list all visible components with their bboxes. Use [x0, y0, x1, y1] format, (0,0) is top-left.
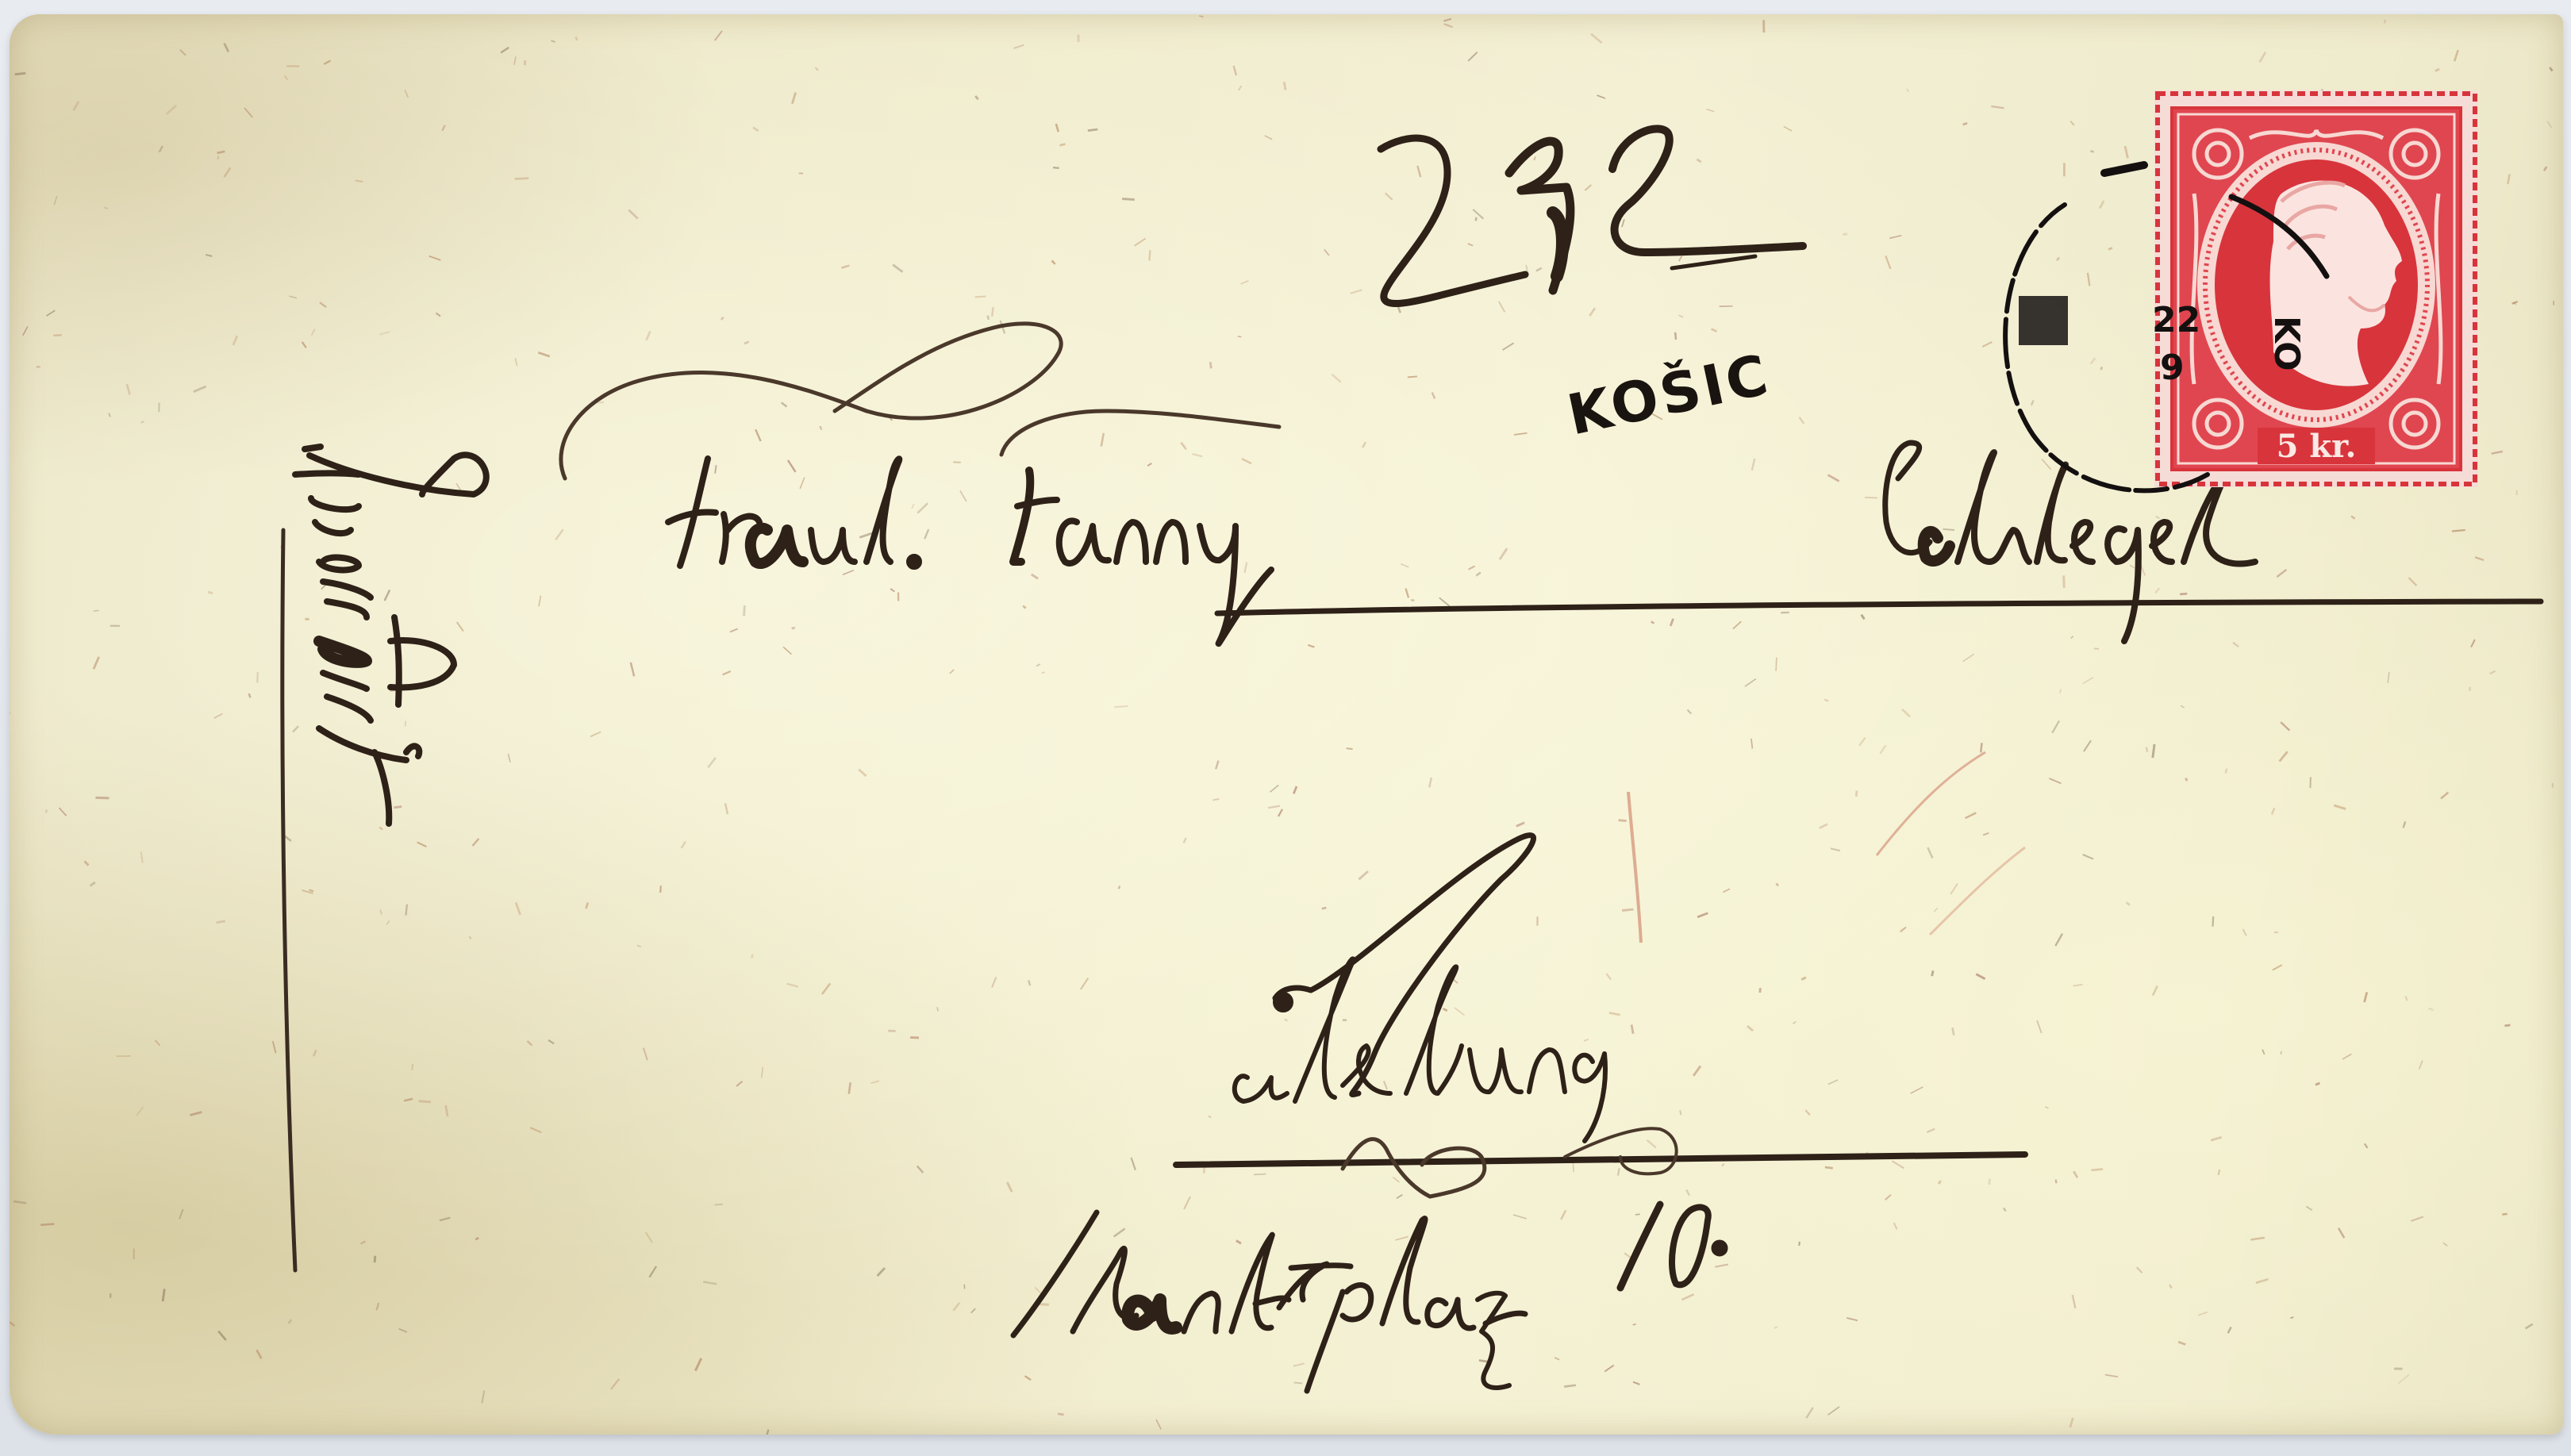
address-underline-2: [1176, 1154, 2025, 1165]
docket-number: 232: [10, 14, 10, 15]
address-underline-1: [1217, 601, 2541, 613]
envelope: KOŠIC: [10, 14, 2563, 1435]
address-line-1-text: Fräul. Fanny Schlegel: [10, 14, 10, 15]
side-note-recommandirt: [282, 447, 486, 1270]
postmark-day: 22: [2152, 300, 2200, 340]
postmark-month: 9: [2160, 348, 2185, 388]
postmark-circle-icon: 22 9 KO: [1970, 157, 2350, 522]
address-line-3: [1013, 1204, 1725, 1391]
cancel-text: KOŠIC: [1562, 342, 1776, 448]
address-line-2: [1235, 836, 1605, 1141]
address-line-3-text: Marktplatz 10.: [10, 14, 10, 15]
postmark-town: KO: [2266, 316, 2307, 371]
side-note-text: Recommandirt: [10, 14, 10, 15]
address-line-2-text: Salzburg: [10, 14, 10, 15]
photo-scene: KOŠIC: [0, 0, 2571, 1456]
docket-number-232: [1381, 129, 1803, 303]
